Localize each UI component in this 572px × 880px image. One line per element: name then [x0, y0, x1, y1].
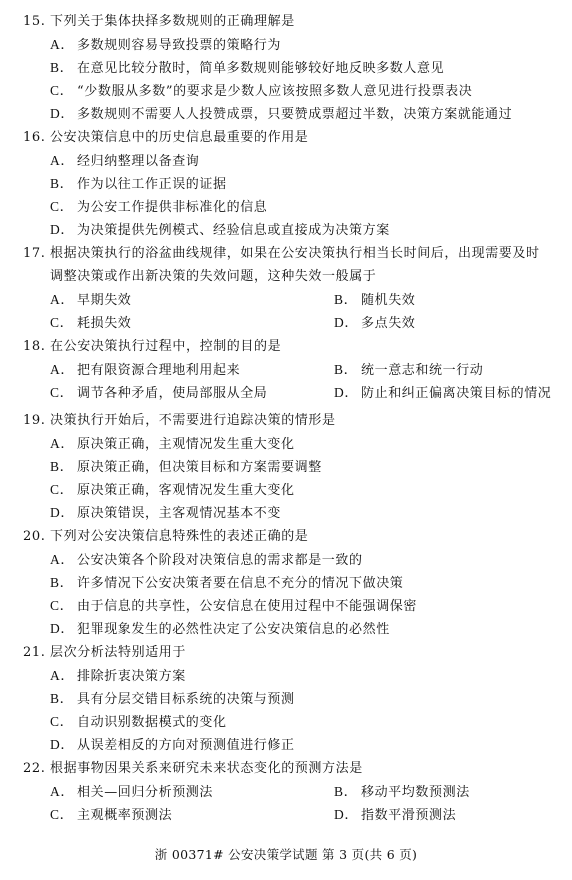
- question-text: 下列关于集体抉择多数规则的正确理解是: [50, 11, 295, 33]
- question-number: 21.: [23, 642, 45, 664]
- option-label: B．: [50, 688, 77, 710]
- option-text: 原决策正确，但决策目标和方案需要调整: [77, 460, 322, 475]
- option-label: A．: [50, 34, 77, 56]
- option-label: A．: [50, 289, 77, 311]
- option-text: 为公安工作提供非标准化的信息: [77, 200, 267, 215]
- option-c: C．“少数服从多数”的要求是少数人应该按照多数人意见进行投票表决: [50, 80, 472, 102]
- option-text: 防止和纠正偏离决策目标的情况: [361, 386, 551, 401]
- option-label: D．: [50, 103, 77, 125]
- question-stem: 15. 下列关于集体抉择多数规则的正确理解是: [0, 11, 572, 33]
- option-text: 原决策正确，主观情况发生重大变化: [77, 437, 295, 452]
- option-b: B．原决策正确，但决策目标和方案需要调整: [50, 456, 322, 478]
- option-label: D．: [50, 618, 77, 640]
- option-label: D．: [50, 502, 77, 524]
- option-label: D．: [50, 734, 77, 756]
- question-stem: 20. 下列对公安决策信息特殊性的表述正确的是: [0, 526, 572, 548]
- option-label: B．: [50, 173, 77, 195]
- question-number: 22.: [23, 758, 45, 780]
- question-text: 层次分析法特别适用于: [50, 642, 186, 664]
- exam-page: 15. 下列关于集体抉择多数规则的正确理解是 A．多数规则容易导致投票的策略行为…: [0, 0, 572, 880]
- option-c: C．原决策正确，客观情况发生重大变化: [50, 479, 295, 501]
- option-text: 指数平滑预测法: [361, 808, 456, 823]
- option-label: B．: [334, 359, 361, 381]
- option-text: 为决策提供先例模式、经验信息或直接成为决策方案: [77, 223, 390, 238]
- option-a: A．相关—回归分析预测法: [50, 781, 213, 803]
- option-label: D．: [50, 219, 77, 241]
- option-label: B．: [50, 57, 77, 79]
- option-d: D．犯罪现象发生的必然性决定了公安决策信息的必然性: [50, 618, 390, 640]
- option-text: 由于信息的共享性，公安信息在使用过程中不能强调保密: [77, 599, 417, 614]
- option-label: A．: [50, 433, 77, 455]
- question-number: 17.: [23, 243, 45, 265]
- question-text: 根据事物因果关系来研究未来状态变化的预测方法是: [50, 758, 363, 780]
- option-label: D．: [334, 312, 361, 334]
- option-b: B．作为以往工作正误的证据: [50, 173, 227, 195]
- option-text: 在意见比较分散时，简单多数规则能够较好地反映多数人意见: [77, 61, 444, 76]
- option-text: 多点失效: [361, 316, 415, 331]
- option-b: B．移动平均数预测法: [334, 781, 470, 803]
- option-c: C．为公安工作提供非标准化的信息: [50, 196, 267, 218]
- option-b: B．在意见比较分散时，简单多数规则能够较好地反映多数人意见: [50, 57, 444, 79]
- option-text: 原决策正确，客观情况发生重大变化: [77, 483, 295, 498]
- option-d: D．原决策错误，主客观情况基本不变: [50, 502, 281, 524]
- option-text: 犯罪现象发生的必然性决定了公安决策信息的必然性: [77, 622, 390, 637]
- question-number: 18.: [23, 336, 45, 358]
- option-label: C．: [50, 80, 77, 102]
- option-label: B．: [50, 456, 77, 478]
- option-text: 随机失效: [361, 293, 415, 308]
- question-stem: 17. 根据决策执行的浴盆曲线规律，如果在公安决策执行相当长时间后，出现需要及时: [0, 243, 572, 265]
- option-text: 公安决策各个阶段对决策信息的需求都是一致的: [77, 553, 363, 568]
- option-text: 把有限资源合理地利用起来: [77, 363, 240, 378]
- option-a: A．经归纳整理以备查询: [50, 150, 199, 172]
- option-label: A．: [50, 150, 77, 172]
- option-text: 多数规则不需要人人投赞成票，只要赞成票超过半数，决策方案就能通过: [77, 107, 512, 122]
- option-text: 调节各种矛盾，使局部服从全局: [77, 386, 267, 401]
- option-c: C．主观概率预测法: [50, 804, 172, 826]
- option-label: A．: [50, 665, 77, 687]
- question-number: 19.: [23, 410, 45, 432]
- option-d: D．多点失效: [334, 312, 415, 334]
- option-label: A．: [50, 549, 77, 571]
- option-b: B．许多情况下公安决策者要在信息不充分的情况下做决策: [50, 572, 403, 594]
- option-label: D．: [334, 382, 361, 404]
- question-number: 16.: [23, 127, 45, 149]
- option-text: 相关—回归分析预测法: [77, 785, 213, 800]
- option-text: 移动平均数预测法: [361, 785, 470, 800]
- option-text: 许多情况下公安决策者要在信息不充分的情况下做决策: [77, 576, 403, 591]
- option-label: C．: [50, 312, 77, 334]
- option-a: A．多数规则容易导致投票的策略行为: [50, 34, 281, 56]
- page-footer: 浙 00371# 公安决策学试题 第 3 页(共 6 页): [0, 845, 572, 865]
- question-number: 20.: [23, 526, 45, 548]
- option-a: A．公安决策各个阶段对决策信息的需求都是一致的: [50, 549, 363, 571]
- option-text: 原决策错误，主客观情况基本不变: [77, 506, 281, 521]
- option-text: 作为以往工作正误的证据: [77, 177, 227, 192]
- option-a: A．早期失效: [50, 289, 131, 311]
- option-text: 经归纳整理以备查询: [77, 154, 199, 169]
- option-label: C．: [50, 804, 77, 826]
- option-label: C．: [50, 595, 77, 617]
- option-label: A．: [50, 359, 77, 381]
- question-stem: 22. 根据事物因果关系来研究未来状态变化的预测方法是: [0, 758, 572, 780]
- option-label: D．: [334, 804, 361, 826]
- option-label: C．: [50, 711, 77, 733]
- question-text: 公安决策信息中的历史信息最重要的作用是: [50, 127, 308, 149]
- question-text-continued: 调整决策或作出新决策的失效问题，这种失效一般属于: [50, 266, 376, 288]
- option-text: 排除折衷决策方案: [77, 669, 186, 684]
- question-stem: 18. 在公安决策执行过程中，控制的目的是: [0, 336, 572, 358]
- option-text: “少数服从多数”的要求是少数人应该按照多数人意见进行投票表决: [77, 84, 472, 99]
- option-d: D．指数平滑预测法: [334, 804, 456, 826]
- option-a: A．把有限资源合理地利用起来: [50, 359, 240, 381]
- question-text: 在公安决策执行过程中，控制的目的是: [50, 336, 281, 358]
- option-label: A．: [50, 781, 77, 803]
- option-label: B．: [334, 289, 361, 311]
- option-label: B．: [334, 781, 361, 803]
- option-c: C．耗损失效: [50, 312, 131, 334]
- question-stem: 21. 层次分析法特别适用于: [0, 642, 572, 664]
- question-stem: 19. 决策执行开始后，不需要进行追踪决策的情形是: [0, 410, 572, 432]
- option-b: B．具有分层交错目标系统的决策与预测: [50, 688, 295, 710]
- option-label: B．: [50, 572, 77, 594]
- question-text: 决策执行开始后，不需要进行追踪决策的情形是: [50, 410, 336, 432]
- question-stem: 16. 公安决策信息中的历史信息最重要的作用是: [0, 127, 572, 149]
- question-text: 下列对公安决策信息特殊性的表述正确的是: [50, 526, 308, 548]
- option-c: C．自动识别数据模式的变化: [50, 711, 227, 733]
- option-b: B．随机失效: [334, 289, 415, 311]
- option-text: 自动识别数据模式的变化: [77, 715, 227, 730]
- option-text: 早期失效: [77, 293, 131, 308]
- option-c: C．由于信息的共享性，公安信息在使用过程中不能强调保密: [50, 595, 417, 617]
- option-b: B．统一意志和统一行动: [334, 359, 483, 381]
- option-text: 从误差相反的方向对预测值进行修正: [77, 738, 295, 753]
- option-label: C．: [50, 196, 77, 218]
- option-text: 统一意志和统一行动: [361, 363, 483, 378]
- option-d: D．防止和纠正偏离决策目标的情况: [334, 382, 551, 404]
- option-d: D．从误差相反的方向对预测值进行修正: [50, 734, 295, 756]
- option-d: D．多数规则不需要人人投赞成票，只要赞成票超过半数，决策方案就能通过: [50, 103, 512, 125]
- question-text: 根据决策执行的浴盆曲线规律，如果在公安决策执行相当长时间后，出现需要及时: [50, 243, 540, 265]
- question-number: 15.: [23, 11, 45, 33]
- option-text: 耗损失效: [77, 316, 131, 331]
- option-a: A．原决策正确，主观情况发生重大变化: [50, 433, 295, 455]
- option-label: C．: [50, 479, 77, 501]
- option-label: C．: [50, 382, 77, 404]
- option-text: 多数规则容易导致投票的策略行为: [77, 38, 281, 53]
- option-a: A．排除折衷决策方案: [50, 665, 186, 687]
- option-text: 主观概率预测法: [77, 808, 172, 823]
- option-text: 具有分层交错目标系统的决策与预测: [77, 692, 295, 707]
- option-d: D．为决策提供先例模式、经验信息或直接成为决策方案: [50, 219, 390, 241]
- option-c: C．调节各种矛盾，使局部服从全局: [50, 382, 267, 404]
